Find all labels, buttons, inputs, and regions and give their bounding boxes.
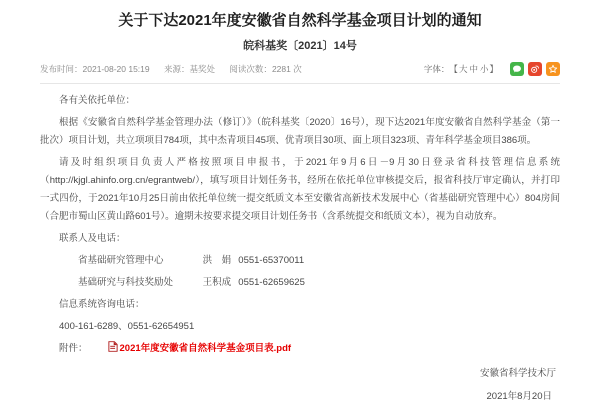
attachment-label: 附件： xyxy=(59,343,88,354)
font-size-label: 字体： xyxy=(424,63,450,75)
divider xyxy=(40,83,560,84)
page-title: 关于下达2021年度安徽省自然科学基金项目计划的通知 xyxy=(40,10,560,31)
share-icons xyxy=(506,62,560,76)
signature-date: 2021年8月20日 xyxy=(40,388,552,400)
font-size-small-button[interactable]: 小 xyxy=(480,63,489,75)
doc-number: 皖科基奖〔2021〕14号 xyxy=(40,37,560,53)
meta-left: 发布时间：2021-08-20 15:19 来源：基奖处 阅读次数：2281 次 xyxy=(40,63,314,75)
salutation: 各有关依托单位： xyxy=(40,92,560,110)
contact-name: 王积成 xyxy=(184,274,236,292)
contact-dept: 基础研究与科技奖励处 xyxy=(59,274,181,292)
contact-phone: 0551-62659625 xyxy=(238,277,305,288)
info-system-heading: 信息系统咨询电话： xyxy=(40,296,560,314)
pdf-document-icon xyxy=(89,341,118,359)
favorite-star-icon[interactable] xyxy=(546,62,560,76)
publish-time: 发布时间：2021-08-20 15:19 xyxy=(40,64,150,74)
meta-right: 字体： 【 大 中 小 】 xyxy=(424,62,560,76)
attachment-line: 附件：2021年度安徽省自然科学基金项目表.pdf xyxy=(40,340,560,359)
bracket-open: 【 xyxy=(449,63,458,75)
weibo-share-icon[interactable] xyxy=(528,62,542,76)
contact-row: 省基础研究管理中心 洪 娟 0551-65370011 xyxy=(40,252,560,270)
paragraph-intro: 根据《安徽省自然科学基金管理办法（修订）》（皖科基奖〔2020〕16号），现下达… xyxy=(40,114,560,150)
notice-body: 各有关依托单位： 根据《安徽省自然科学基金管理办法（修订）》（皖科基奖〔2020… xyxy=(40,92,560,359)
contact-phone: 0551-65370011 xyxy=(238,255,304,266)
paragraph-instructions: 请及时组织项目负责人严格按照项目申报书，于2021年9月6日－9月30日登录省科… xyxy=(40,154,560,226)
contact-row: 基础研究与科技奖励处 王积成 0551-62659625 xyxy=(40,274,560,292)
source: 来源：基奖处 xyxy=(164,64,215,74)
contact-name: 洪 娟 xyxy=(184,252,236,270)
font-size-large-button[interactable]: 大 xyxy=(459,63,468,75)
bracket-close: 】 xyxy=(489,63,498,75)
contact-heading: 联系人及电话： xyxy=(40,230,560,248)
notice-page: 关于下达2021年度安徽省自然科学基金项目计划的通知 皖科基奖〔2021〕14号… xyxy=(0,0,600,400)
info-system-phones: 400-161-6289、0551-62654951 xyxy=(40,318,560,336)
signature-block: 安徽省科学技术厅 2021年8月20日 xyxy=(40,365,560,400)
contact-dept: 省基础研究管理中心 xyxy=(59,252,181,270)
signature-org: 安徽省科学技术厅 xyxy=(40,365,556,383)
font-size-medium-button[interactable]: 中 xyxy=(469,63,478,75)
meta-bar: 发布时间：2021-08-20 15:19 来源：基奖处 阅读次数：2281 次… xyxy=(40,62,560,76)
view-count: 阅读次数：2281 次 xyxy=(229,64,301,74)
attachment-link[interactable]: 2021年度安徽省自然科学基金项目表.pdf xyxy=(120,343,292,354)
wechat-share-icon[interactable] xyxy=(510,62,524,76)
